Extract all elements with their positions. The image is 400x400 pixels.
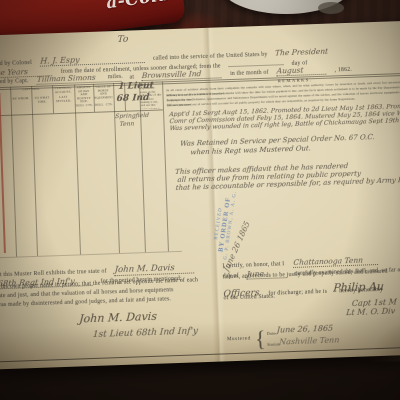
signature-john-m-davis: John M. Davis <box>79 310 158 326</box>
cell-rank-handwritten: 1 Lieut <box>118 81 154 92</box>
column-subheader-last-settled: LAST SETTLED. <box>53 96 73 104</box>
coca-cola-logo-text: a-Cola <box>104 0 170 13</box>
header-month-handwritten: August <box>276 65 327 77</box>
header-line3-print-c: in the month of <box>230 70 269 77</box>
cell-unit-handwritten: 68 Ind <box>116 93 149 104</box>
cell-place-line1-handwritten: Springfield <box>115 112 149 120</box>
photograph-of-muster-roll: a-Cola To , commanded by Colonel H. J. E… <box>0 0 400 400</box>
muster-roll-document: To , commanded by Colonel H. J. Espy cal… <box>0 20 400 370</box>
muster-label: Mustered <box>227 336 251 342</box>
column-header-value-horse: VALUE OF HORSE AND EQUIPMENTS. <box>94 85 112 100</box>
muster-date-label: Date <box>267 331 276 336</box>
column-header-clothing-account: CLOTHING ACCOUNT. <box>53 87 73 95</box>
column-header-pay-bounty-due: AMOUNT OF PAY AND BOUNTY DUE. <box>75 86 93 105</box>
signature-mustering-officer: Philip Au <box>333 280 384 295</box>
paper-corner-shadow <box>366 310 400 363</box>
header-line3-print-a: was organized by Capt. <box>0 78 29 86</box>
column-subheader-cts: CTS. <box>86 104 93 108</box>
column-subheader-to-what-time: TO WHAT TIME. <box>32 96 51 104</box>
column-subheader-dolls: DOLLS. <box>76 104 84 108</box>
cell-place-line2-handwritten: Tenn <box>119 120 134 128</box>
column-subheader-cts-2: CTS. <box>106 103 113 107</box>
cert-right-line4-print-b: for discharge; and he is <box>268 289 327 297</box>
header-miles-label: miles. <box>108 74 123 81</box>
header-line3-print-b: at <box>129 74 134 80</box>
header-to-script: To <box>117 35 128 45</box>
muster-brace: { <box>255 326 266 352</box>
column-subheader-dolls-2: DOLLS. <box>95 103 104 107</box>
header-line3-print-d: , 1862. <box>335 67 353 74</box>
signature-mustering-officer-rank2: Lt M. O. Div <box>346 306 396 317</box>
column-subheader-by-whom: BY WHOM. <box>11 97 30 101</box>
round-object-shadow <box>318 2 344 14</box>
